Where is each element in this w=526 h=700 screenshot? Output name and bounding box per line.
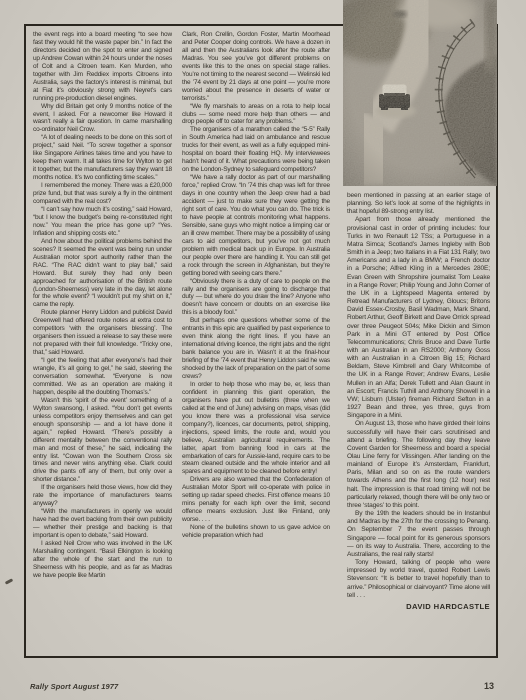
paragraph: “I can’t say how much it’s costing,” sai… xyxy=(33,206,172,238)
text-column-right: been mentioned in passing at an earlier … xyxy=(347,192,490,653)
paragraph: Clark, Ron Crellin, Gordon Foster, Marti… xyxy=(182,31,330,103)
paragraph: I asked Neil Crow who was involved in th… xyxy=(33,540,172,580)
magazine-footer-title: Rally Sport August 1977 xyxy=(30,682,118,691)
paragraph: In order to help those who may be, er, l… xyxy=(182,381,330,476)
paragraph: On August 13, those who have girded thei… xyxy=(347,420,490,510)
paragraph: “With the manufacturers in openly we wou… xyxy=(33,508,172,540)
magazine-page: the event regs into a board meeting “to … xyxy=(0,0,526,700)
paragraph: “A lot of dealing needs to be done on th… xyxy=(33,134,172,182)
paragraph: If the organisers held those views, how … xyxy=(33,484,172,508)
paragraph: the event regs into a board meeting “to … xyxy=(33,31,172,103)
paragraph: And how about the political problems beh… xyxy=(33,238,172,310)
paragraph: By the 19th the leaders should be in Ins… xyxy=(347,510,490,559)
page-number: 13 xyxy=(484,681,494,691)
rally-photo-graphic xyxy=(343,0,497,186)
paragraph: Apart from those already mentioned the p… xyxy=(347,216,490,420)
paragraph: been mentioned in passing at an earlier … xyxy=(347,192,490,216)
text-column-middle: Clark, Ron Crellin, Gordon Foster, Marti… xyxy=(182,31,330,653)
paragraph: The organisers of a marathon called the … xyxy=(182,126,330,174)
paragraph: “We fly marshals to areas on a rota to h… xyxy=(182,103,330,127)
author-byline: DAVID HARDCASTLE xyxy=(347,603,490,611)
paragraph: “I get the feeling that after everyone’s… xyxy=(33,357,172,397)
paragraph: Drivers are also warned that the Confede… xyxy=(182,476,330,524)
paragraph: Route planner Henry Liddon and publicist… xyxy=(33,309,172,357)
photo-rally-car-mountain-road xyxy=(343,0,497,186)
paragraph: None of the bulletins shown to us gave a… xyxy=(182,524,330,540)
paragraph: I remembered the money. There was a £20,… xyxy=(33,182,172,206)
paragraph: Wasn’t this ‘spirit of the event’ someth… xyxy=(33,397,172,484)
paragraph: “Obviously there is a duty of care to pe… xyxy=(182,278,330,318)
ink-smudge xyxy=(5,578,13,584)
paragraph: Why did Britain get only 9 months notice… xyxy=(33,103,172,135)
text-column-left: the event regs into a board meeting “to … xyxy=(33,31,172,653)
paragraph: “We have a rally doctor as part of our m… xyxy=(182,174,330,277)
paragraph: But perhaps one questions whether some o… xyxy=(182,317,330,381)
paragraph: Tony Howard, talking of people who were … xyxy=(347,559,490,600)
